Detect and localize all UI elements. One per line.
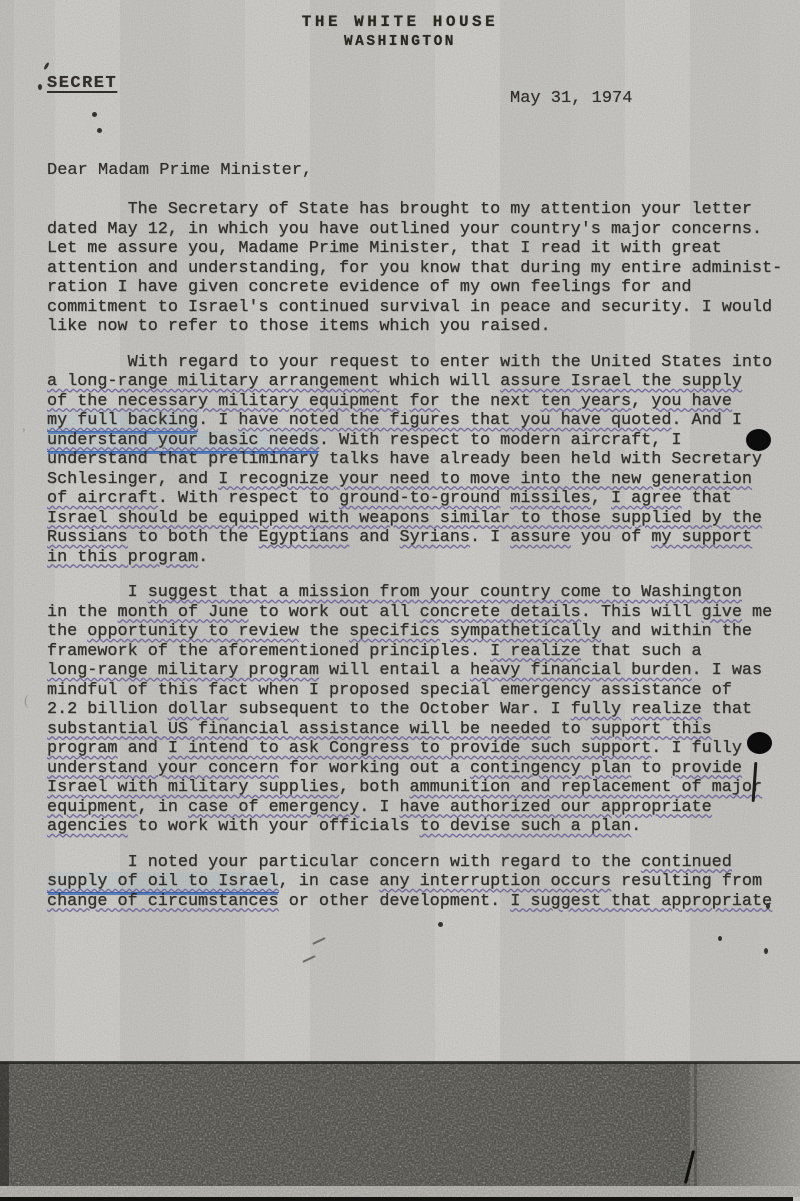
text-segment: I — [47, 583, 148, 602]
underlined-phrase: program — [47, 739, 118, 758]
text-line: the opportunity to review the specifics … — [47, 622, 795, 642]
underlined-phrase: fully — [571, 700, 621, 719]
double-underlined-phrase: supply of oil to Israel — [47, 872, 279, 893]
text-segment: , — [591, 489, 611, 508]
text-line: understand your basic needs. With respec… — [47, 431, 795, 451]
underlined-phrase: case of emergency — [188, 798, 359, 817]
underlined-phrase: I recognize your need to move into the n… — [218, 470, 752, 489]
scan-noise-band — [0, 1062, 800, 1186]
text-segment: commitment to Israel's continued surviva… — [47, 298, 772, 317]
scan-band-fold-line — [694, 1062, 697, 1196]
ink-speck — [38, 84, 42, 90]
paragraph: I noted your particular concern with reg… — [47, 853, 795, 912]
date-line: May 31, 1974 — [510, 89, 632, 108]
text-segment: which will — [379, 372, 500, 391]
text-segment: and — [349, 528, 399, 547]
underlined-phrase: assure Israel the supply — [500, 372, 742, 391]
text-line: Schlesinger, and I recognize your need t… — [47, 470, 795, 490]
underlined-phrase: continued — [641, 853, 732, 872]
text-line: understand that preliminary talks have a… — [47, 450, 795, 470]
underlined-phrase: in this program — [47, 548, 198, 567]
text-segment: dated May 12, in which you have outlined… — [47, 220, 762, 239]
double-underlined-phrase: understand your basic needs — [47, 431, 319, 452]
text-segment: and within the — [601, 622, 752, 641]
text-line: 2.2 billion dollar subsequent to the Oct… — [47, 700, 795, 720]
underlined-phrase: I suggest that appropriate — [510, 892, 772, 911]
underlined-phrase: provide — [671, 759, 742, 778]
text-line: ration I have given concrete evidence of… — [47, 278, 795, 298]
text-segment: the next — [440, 392, 541, 411]
text-segment: to work out all — [248, 603, 419, 622]
underlined-phrase: suggest that a mission from your country… — [148, 583, 742, 602]
underlined-phrase: have noted the figures that you have quo… — [238, 411, 671, 430]
text-segment: that — [682, 489, 732, 508]
pencil-tick-mark — [302, 955, 316, 963]
ink-speck — [43, 62, 50, 70]
letterhead-line2: WASHINGTON — [0, 32, 800, 52]
text-segment: mindful of this fact when I proposed spe… — [47, 681, 732, 700]
text-segment: , in case — [279, 872, 380, 891]
text-line: long-range military program will entail … — [47, 661, 795, 681]
underlined-phrase: I intend to ask Congress to provide such… — [168, 739, 651, 758]
underlined-phrase: my support — [651, 528, 752, 547]
text-segment — [621, 700, 631, 719]
double-underlined-phrase: my full backing — [47, 411, 198, 432]
underlined-phrase: heavy financial burden — [470, 661, 692, 680]
text-line: commitment to Israel's continued surviva… — [47, 298, 795, 318]
underlined-phrase: change of circumstances — [47, 892, 279, 911]
text-segment: I noted your particular concern with reg… — [47, 853, 641, 872]
classification-marking: SECRET — [47, 74, 117, 93]
text-segment — [500, 489, 510, 508]
text-segment: . — [631, 817, 641, 836]
underlined-phrase: ground-to-ground — [339, 489, 500, 508]
text-line: substantial US financial assistance will… — [47, 720, 795, 740]
text-line: I noted your particular concern with reg… — [47, 853, 795, 873]
underlined-phrase: missiles — [510, 489, 591, 508]
text-segment: . I — [470, 528, 510, 547]
underlined-phrase: Israel with military supplies — [47, 778, 339, 797]
underlined-phrase: Israel should be equipped with weapons s… — [47, 509, 762, 528]
text-segment — [399, 392, 409, 411]
paragraph: The Secretary of State has brought to my… — [47, 200, 795, 337]
text-segment: to both the — [128, 528, 259, 547]
text-segment: ration I have given concrete evidence of… — [47, 278, 692, 297]
text-line: in the month of June to work out all con… — [47, 603, 795, 623]
letter-body: The Secretary of State has brought to my… — [47, 200, 795, 911]
scan-band-top-line — [0, 1061, 800, 1064]
underlined-phrase: realize — [631, 700, 702, 719]
underlined-phrase: contingency plan — [470, 759, 631, 778]
text-line: understand your concern for working out … — [47, 759, 795, 779]
text-segment: Schlesinger, and — [47, 470, 218, 489]
text-segment — [440, 622, 450, 641]
text-segment: understand that preliminary talks have a… — [47, 450, 762, 469]
text-segment: . I — [359, 798, 399, 817]
underlined-phrase: Egyptians — [259, 528, 350, 547]
text-line: of the necessary military equipment for … — [47, 392, 795, 412]
text-segment: . With respect to modern aircraft, I — [319, 431, 682, 450]
text-segment: . I was — [692, 661, 763, 680]
scanned-letter-page: THE WHITE HOUSE WASHINGTON SECRET May 31… — [0, 0, 800, 1201]
text-segment: 2.2 billion — [47, 700, 168, 719]
text-segment: that — [702, 700, 752, 719]
text-line: I suggest that a mission from your count… — [47, 583, 795, 603]
text-line: program and I intend to ask Congress to … — [47, 739, 795, 759]
text-line: a long-range military arrangement which … — [47, 372, 795, 392]
text-segment: The Secretary of State has brought to my… — [47, 200, 752, 219]
text-segment: With regard to your request to enter wit… — [47, 353, 772, 372]
text-segment: like now to refer to those items which y… — [47, 317, 551, 336]
text-segment: . I fully — [651, 739, 742, 758]
underlined-phrase: I realize — [490, 642, 581, 661]
text-segment: resulting from — [611, 872, 762, 891]
underlined-phrase: ten years — [540, 392, 631, 411]
underlined-phrase: of aircraft — [47, 489, 158, 508]
text-line: mindful of this fact when I proposed spe… — [47, 681, 795, 701]
underlined-phrase: assure — [510, 528, 570, 547]
ink-speck — [438, 922, 443, 927]
text-segment: or other development. — [279, 892, 511, 911]
scan-band-light-edge — [690, 1062, 800, 1186]
text-line: With regard to your request to enter wit… — [47, 353, 795, 373]
text-segment: , in — [138, 798, 188, 817]
text-segment: to — [551, 720, 591, 739]
text-line: Russians to both the Egyptians and Syria… — [47, 528, 795, 548]
underlined-phrase: of the necessary military equipment — [47, 392, 399, 411]
text-segment: subsequent to the October War. I — [228, 700, 570, 719]
text-segment: . And I — [671, 411, 742, 430]
text-segment: to work with your officials — [128, 817, 420, 836]
pen-curve-mark: , — [22, 418, 26, 435]
underlined-phrase: sympathetically — [450, 622, 601, 641]
text-segment: Let me assure you, Madame Prime Minister… — [47, 239, 722, 258]
underlined-phrase: long-range military program — [47, 661, 319, 680]
text-line: framework of the aforementioned principl… — [47, 642, 795, 662]
ink-speck — [92, 112, 97, 117]
text-segment: , both — [339, 778, 410, 797]
text-segment: in the — [47, 603, 118, 622]
underlined-phrase: specifics — [349, 622, 440, 641]
text-line: in this program. — [47, 548, 795, 568]
underlined-phrase: month of June — [118, 603, 249, 622]
underlined-phrase: substantial US financial assistance will… — [47, 720, 551, 739]
underlined-phrase: understand your concern — [47, 759, 279, 778]
underlined-phrase: Russians — [47, 528, 128, 547]
text-segment: . With respect to — [158, 489, 339, 508]
text-segment: will entail a — [319, 661, 470, 680]
underlined-phrase: equipment — [47, 798, 138, 817]
text-line: change of circumstances or other develop… — [47, 892, 795, 912]
underlined-phrase: for — [410, 392, 440, 411]
paragraph: With regard to your request to enter wit… — [47, 353, 795, 568]
text-line: of aircraft. With respect to ground-to-g… — [47, 489, 795, 509]
text-line: like now to refer to those items which y… — [47, 317, 795, 337]
text-segment: for working out a — [279, 759, 470, 778]
text-line: equipment, in case of emergency. I have … — [47, 798, 795, 818]
salutation: Dear Madam Prime Minister, — [47, 161, 312, 180]
underlined-phrase: concrete details — [420, 603, 581, 622]
text-line: Israel with military supplies, both ammu… — [47, 778, 795, 798]
underlined-phrase: ammunition and replacement of major — [410, 778, 762, 797]
text-segment: . This will — [581, 603, 702, 622]
text-segment: , — [631, 392, 651, 411]
underlined-phrase: dollar — [168, 700, 228, 719]
paragraph: I suggest that a mission from your count… — [47, 583, 795, 837]
text-line: dated May 12, in which you have outlined… — [47, 220, 795, 240]
text-line: Israel should be equipped with weapons s… — [47, 509, 795, 529]
letterhead-line1: THE WHITE HOUSE — [0, 12, 800, 32]
letterhead: THE WHITE HOUSE WASHINGTON — [0, 12, 800, 52]
text-segment: to — [631, 759, 671, 778]
text-segment: the — [299, 622, 349, 641]
underlined-phrase: to devise such a plan — [420, 817, 631, 836]
pencil-tick-mark — [312, 937, 326, 945]
text-segment: and — [118, 739, 168, 758]
text-line: my full backing. I have noted the figure… — [47, 411, 795, 431]
text-segment: attention and understanding, for you kno… — [47, 259, 782, 278]
scan-band-light-strip — [0, 1186, 800, 1197]
underlined-phrase: you have — [651, 392, 732, 411]
underlined-phrase: give — [702, 603, 742, 622]
underlined-phrase: have authorized our appropriate — [400, 798, 712, 817]
text-line: supply of oil to Israel, in case any int… — [47, 872, 795, 892]
underlined-phrase: agencies — [47, 817, 128, 836]
underlined-phrase: I agree — [611, 489, 682, 508]
ink-speck — [97, 128, 102, 133]
text-line: attention and understanding, for you kno… — [47, 259, 795, 279]
text-segment: . — [198, 548, 208, 567]
ink-speck — [764, 948, 768, 954]
text-line: agencies to work with your officials to … — [47, 817, 795, 837]
text-segment: that such a — [581, 642, 702, 661]
text-segment: me — [742, 603, 772, 622]
underlined-phrase: a long-range military arrangement — [47, 372, 379, 391]
underlined-phrase: support this — [591, 720, 712, 739]
text-segment: you of — [571, 528, 652, 547]
ink-speck — [718, 936, 722, 941]
scan-bottom-edge-line — [0, 1197, 793, 1201]
text-segment: the — [47, 622, 87, 641]
underlined-phrase: Syrians — [400, 528, 471, 547]
scan-band-left-edge — [0, 1062, 9, 1190]
text-line: Let me assure you, Madame Prime Minister… — [47, 239, 795, 259]
underlined-phrase: opportunity to review — [87, 622, 298, 641]
text-segment: framework of the aforementioned principl… — [47, 642, 490, 661]
pen-curve-mark: ( — [24, 693, 29, 710]
text-line: The Secretary of State has brought to my… — [47, 200, 795, 220]
underlined-phrase: any interruption occurs — [379, 872, 611, 891]
text-segment: . I — [198, 411, 238, 430]
